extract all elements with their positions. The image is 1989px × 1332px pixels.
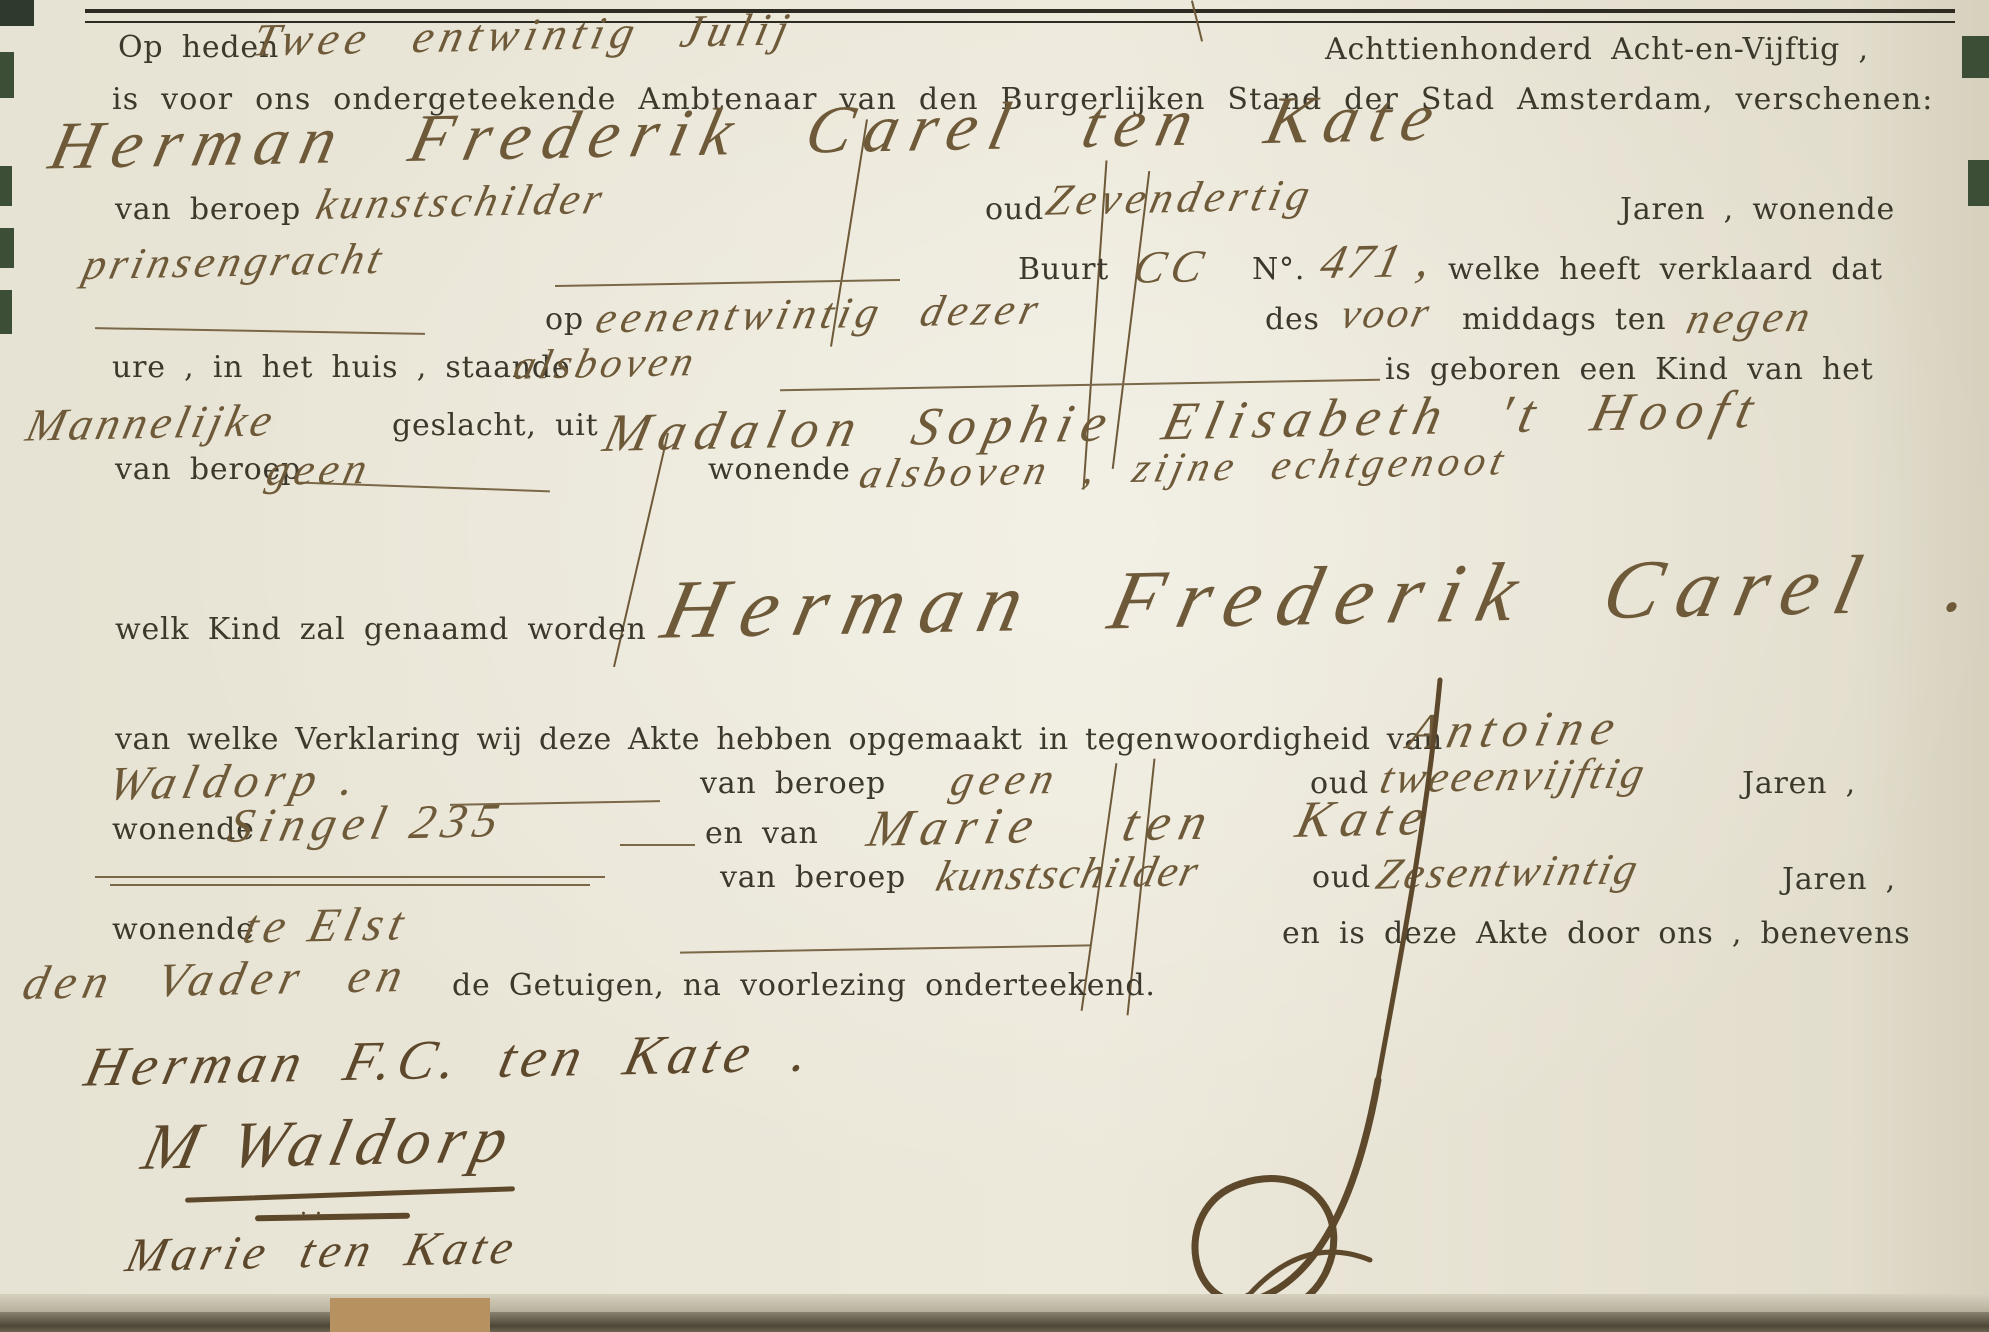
buurt-code-handwritten: CC <box>1129 239 1215 294</box>
declarant-address-handwritten: prinsengracht <box>78 233 390 290</box>
page-bottom-edge <box>0 1294 1989 1314</box>
pen-dash <box>95 327 425 335</box>
scan-edge-artifact <box>0 228 14 268</box>
label-jaren-wonende: Jaren , wonende <box>1620 192 1895 227</box>
label-des: des <box>1265 302 1320 337</box>
label-buurt: Buurt <box>1018 252 1109 287</box>
declarant-profession-handwritten: kunstschilder <box>311 173 611 230</box>
declaration-clause: welke heeft verklaard dat <box>1448 252 1883 287</box>
label-en-van: en van <box>705 816 819 851</box>
scan-edge-artifact <box>1968 160 1989 206</box>
label-number: N°. <box>1252 252 1305 287</box>
pen-dash <box>110 884 590 886</box>
declarant-age-handwritten: Zevendertig <box>1042 169 1320 226</box>
label-wonende-mother: wonende <box>708 452 851 487</box>
child-name-handwritten: Herman Frederik Carel . <box>654 534 1989 659</box>
witness2-address-handwritten: te Elst <box>238 896 415 954</box>
label-van-beroep: van beroep <box>115 192 301 227</box>
signature-father: Herman F.C. ten Kate . <box>79 1020 821 1099</box>
signature-witness2: Marie ten Kate <box>121 1220 524 1283</box>
label-van-beroep-w1: van beroep <box>700 766 886 801</box>
signature-witness1: M Waldorp <box>135 1102 523 1186</box>
scan-edge-artifact <box>1962 36 1989 78</box>
label-oud: oud <box>985 192 1044 227</box>
registrar-paraph-signature <box>1140 660 1560 1332</box>
label-geslacht-uit: geslacht, uit <box>392 408 598 443</box>
scan-edge-artifact <box>0 290 12 334</box>
witness1-address-handwritten: Singel 235 <box>223 793 511 854</box>
birth-place-handwritten: alsboven <box>509 338 702 390</box>
label-jaren-w1: Jaren , <box>1742 766 1856 801</box>
den-vader-handwritten: den Vader en <box>18 948 415 1011</box>
label-jaren-w2: Jaren , <box>1782 862 1896 897</box>
label-van-beroep-w2: van beroep <box>720 860 906 895</box>
label-wonende-w2: wonende <box>112 912 255 947</box>
birth-day-handwritten: eenentwintig dezer <box>591 283 1048 343</box>
date-handwritten: Twee entwintig Julij <box>248 2 800 66</box>
voor-middags-handwritten: voor <box>1336 289 1436 339</box>
label-kind-genaamd: welk Kind zal genaamd worden <box>115 612 647 647</box>
label-middags-ten: middags ten <box>1462 302 1666 337</box>
year-printed: Achttienhonderd Acht-en-Vijftig , <box>1325 32 1869 67</box>
scan-edge-artifact <box>0 52 14 98</box>
mother-profession-handwritten: geen <box>262 443 377 496</box>
signature-witness1-flourish <box>185 1186 515 1203</box>
page-bottom-edge <box>0 1312 1989 1332</box>
birth-certificate-page: Op heden Twee entwintig Julij Achttienho… <box>0 0 1989 1332</box>
child-sex-handwritten: Mannelijke <box>21 393 281 451</box>
label-op: op <box>545 302 584 337</box>
pen-dash <box>620 844 695 846</box>
house-number-handwritten: 471 , <box>1315 233 1439 290</box>
pen-dash <box>555 279 900 287</box>
scan-edge-artifact <box>0 166 12 206</box>
pen-dash <box>680 944 1090 953</box>
signature-witness1-flourish <box>255 1213 410 1222</box>
birth-hour-handwritten: negen <box>1682 291 1819 345</box>
page-bottom-patch <box>330 1298 490 1332</box>
pen-dash <box>95 876 605 878</box>
label-ure-huis: ure , in het huis , staande <box>112 350 571 385</box>
voorlezing-clause: de Getuigen, na voorlezing onderteekend. <box>452 968 1156 1003</box>
scan-edge-artifact <box>0 0 34 26</box>
